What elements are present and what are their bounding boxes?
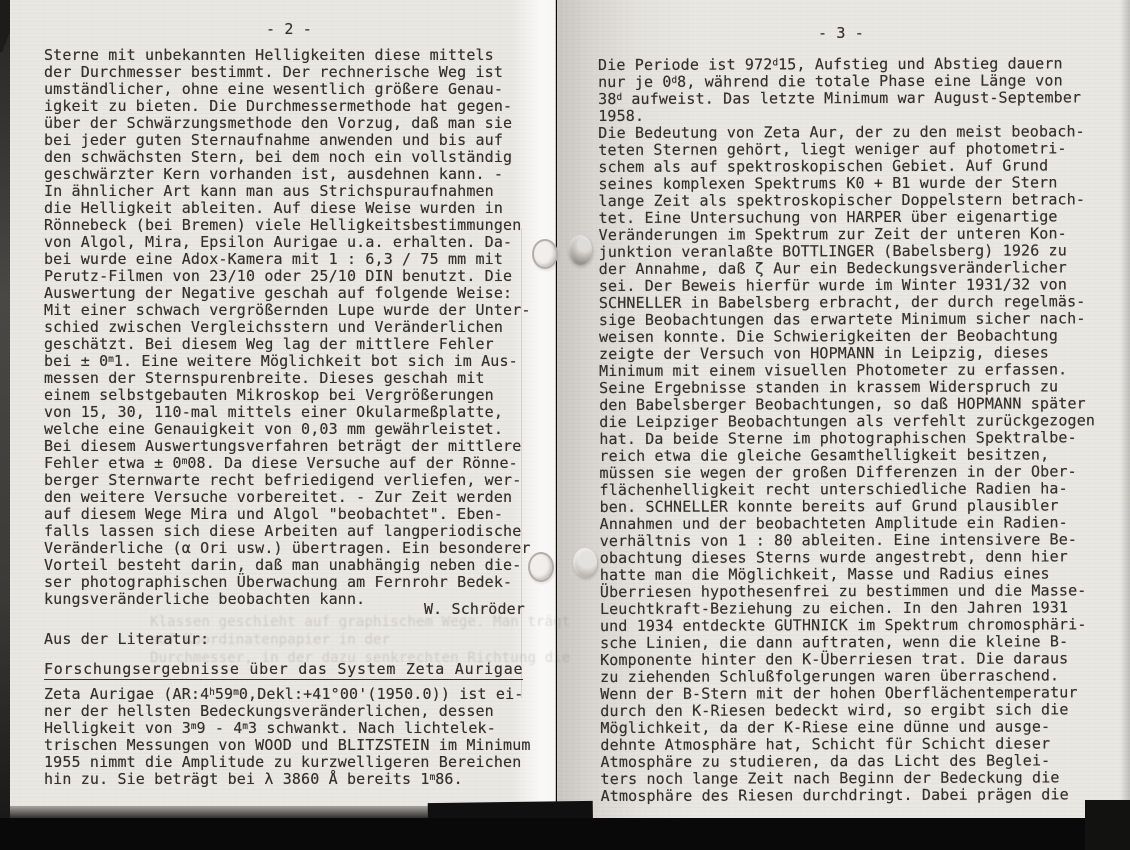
text-line: bei ± 0m1. Eine weitere Möglichkeit bot … <box>44 353 531 370</box>
scanner-edge-bottom <box>0 818 1130 850</box>
text-line: Bei diesem Auswertungsverfahren beträgt … <box>44 438 531 455</box>
text-line: falls lassen sich diese Arbeiten auf lan… <box>44 523 531 540</box>
text-line: auf diesem Wege Mira und Algol "beobacht… <box>44 506 531 523</box>
text-line: Auswertung der Negative geschah auf folg… <box>44 285 531 302</box>
text-line: Perutz-Filmen von 23/10 oder 25/10 DIN b… <box>44 268 531 285</box>
text-line: den weitere Versuche vorbereitet. - Zur … <box>44 489 531 506</box>
text-line: Zeta Aurigae (AR:4h59m0,Dekl:+41°00'(195… <box>44 686 531 703</box>
article-title: Forschungsergebnisse über das System Zet… <box>44 661 523 680</box>
body-text-right: Die Periode ist 972d15, Aufstieg und Abs… <box>598 55 1096 805</box>
text-line: ner der hellsten Bedeckungsveränderliche… <box>44 703 531 720</box>
punch-hole <box>528 552 554 582</box>
text-line: von 15, 30, 110-mal mittels einer Okular… <box>44 404 531 421</box>
text-line: umständlicher, ohne eine wesentlich größ… <box>44 81 531 98</box>
text-line: einem selbstgebauten Mikroskop bei Vergr… <box>44 387 531 404</box>
text-line: der Durchmesser bestimmt. Der rechnerisc… <box>44 64 531 81</box>
text-line: bei jeder guten Sternaufnahme anwenden u… <box>44 132 531 149</box>
scanner-corner-bottom-right <box>1085 800 1130 850</box>
text-line: Mit einer schwach vergrößernden Lupe wur… <box>44 302 531 319</box>
page-number-left: - 2 - <box>266 21 312 38</box>
text-line: Rönnebeck (bei Bremen) viele Helligkeits… <box>44 217 531 234</box>
text-line: Veränderliche (α Ori usw.) übertragen. E… <box>44 540 531 557</box>
punch-hole <box>573 548 597 577</box>
text-line: In ähnlicher Art kann man aus Strichspur… <box>44 183 531 200</box>
text-line: den schwächsten Stern, bei dem noch ein … <box>44 149 531 166</box>
text-line: 38d aufweist. Das letzte Minimum war Aug… <box>598 89 1094 108</box>
text-line: welche eine Genauigkeit von 0,03 mm gewä… <box>44 421 531 438</box>
text-line: ser photographischen Überwachung am Fern… <box>44 574 531 591</box>
text-line: schied zwischen Vergleichsstern und Verä… <box>44 319 531 336</box>
text-line: bei wurde eine Adox-Kamera mit 1 : 6,3 /… <box>44 251 531 268</box>
text-line: von Algol, Mira, Epsilon Aurigae u.a. er… <box>44 234 531 251</box>
text-line: Sterne mit unbekannten Helligkeiten dies… <box>44 47 531 64</box>
text-line: die Helligkeit ableiten. Auf diese Weise… <box>44 200 531 217</box>
article-text: Zeta Aurigae (AR:4h59m0,Dekl:+41°00'(195… <box>44 686 531 788</box>
text-line: auf Koordinatenpapier in der <box>150 632 570 650</box>
signature: W. Schröder <box>424 601 525 618</box>
text-line: messen der Sternspurenbreite. Dieses ges… <box>44 370 531 387</box>
text-line: Atmosphäre des Riesen durchdringt. Dabei… <box>601 786 1097 805</box>
text-line: Fehler etwa ± 0m08. Da diese Versuche au… <box>44 455 531 472</box>
scanned-document-spread: { "colors": { "paper": "#e9e7e2", "ink":… <box>0 0 1130 850</box>
punch-hole <box>568 235 592 265</box>
body-text-left: Sterne mit unbekannten Helligkeiten dies… <box>44 47 531 608</box>
text-line: trischen Messungen von WOOD und BLITZSTE… <box>44 737 531 754</box>
text-line: 1955 nimmt die Amplitude zu kurzwelliger… <box>44 754 531 771</box>
text-line: Vorteil besteht darin, daß man unabhängi… <box>44 557 531 574</box>
text-line: hin zu. Sie beträgt bei λ 3860 Å bereits… <box>44 771 531 788</box>
page-number-right: - 3 - <box>818 25 864 42</box>
section-heading: Aus der Literatur: <box>44 631 209 648</box>
text-line: igkeit zu bieten. Die Durchmessermethode… <box>44 98 531 115</box>
text-line: geschätzt. Bei diesem Weg lag der mittle… <box>44 336 531 353</box>
text-line: berger Sternwarte recht befriedigend ver… <box>44 472 531 489</box>
punch-hole <box>532 239 558 269</box>
text-line: geschwärzter Kern vorhanden ist, ausdehn… <box>44 166 531 183</box>
text-line: über der Schwärzungsmethode den Vorzug, … <box>44 115 531 132</box>
text-line: Helligkeit von 3m9 - 4m3 schwankt. Nach … <box>44 720 531 737</box>
